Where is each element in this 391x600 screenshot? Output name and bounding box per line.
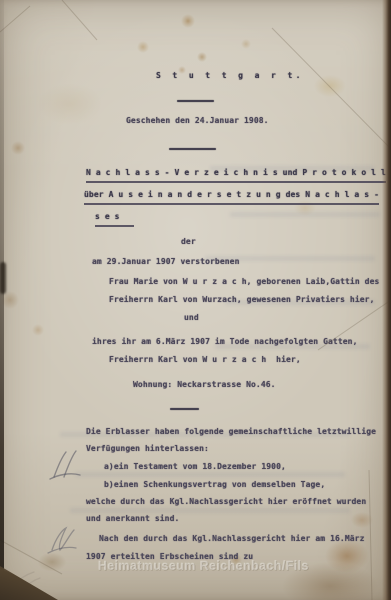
address-line: Wohnung: Neckarstrasse No.46. [133,380,276,389]
corner-fold-bottom-left [0,566,58,600]
pencil-mark-margin [50,451,80,479]
deceased2-line1: ihres ihr am 6.März 1907 im Tode nachgef… [92,337,358,346]
deceased1-line1: Frau Marie von W u r z a c h, geborenen … [109,277,379,286]
conjunction-word: und [184,313,199,322]
body-line-2: Verfügungen hinterlassen: [86,444,209,453]
date-line: Geschehen den 24.Januar 1908. [126,116,269,125]
divider [170,408,199,410]
body-line-5: Nach den durch das Kgl.Nachlassgericht h… [99,534,365,543]
list-item-b: b)einen Schenkungsvertrag von demselben … [104,480,325,489]
body-line-1: Die Erblasser haben folgende gemeinschaf… [86,427,376,436]
deceased2-line2: Freiherrn Karl von W u r z a c h hier, [109,355,301,364]
divider [169,148,216,150]
paper-edge-right [382,0,391,600]
body-line-3: welche durch das Kgl.Nachlassgericht hie… [86,497,366,506]
document-photo: S t u t t g a r t. Geschehen den 24.Janu… [0,0,391,600]
paper-edge-left [0,0,4,600]
connector-word: der [181,237,196,246]
place-heading: S t u t t g a r t. [156,71,304,80]
watermark-text: Heimatmuseum Reichenbach/Fils [98,559,309,573]
deceased1-line2: Freiherrn Karl von Wurzach, gewesenen Pr… [109,295,375,304]
pencil-mark-lower [48,528,76,553]
title-line-2: über A u s e i n a n d e r s e t z u n g… [84,190,379,205]
title-line-1: N a c h l a s s - V e r z e i c h n i s … [86,168,386,183]
title-line-3: s e s [95,212,134,227]
body-line-4: und anerkannt sind. [86,514,179,523]
list-item-a: a)ein Testament vom 18.Dezember 1900, [104,462,286,471]
paper-edge-notch [0,262,6,294]
deceased-intro: am 29.Januar 1907 verstorbenen [92,257,240,266]
divider [177,100,214,102]
